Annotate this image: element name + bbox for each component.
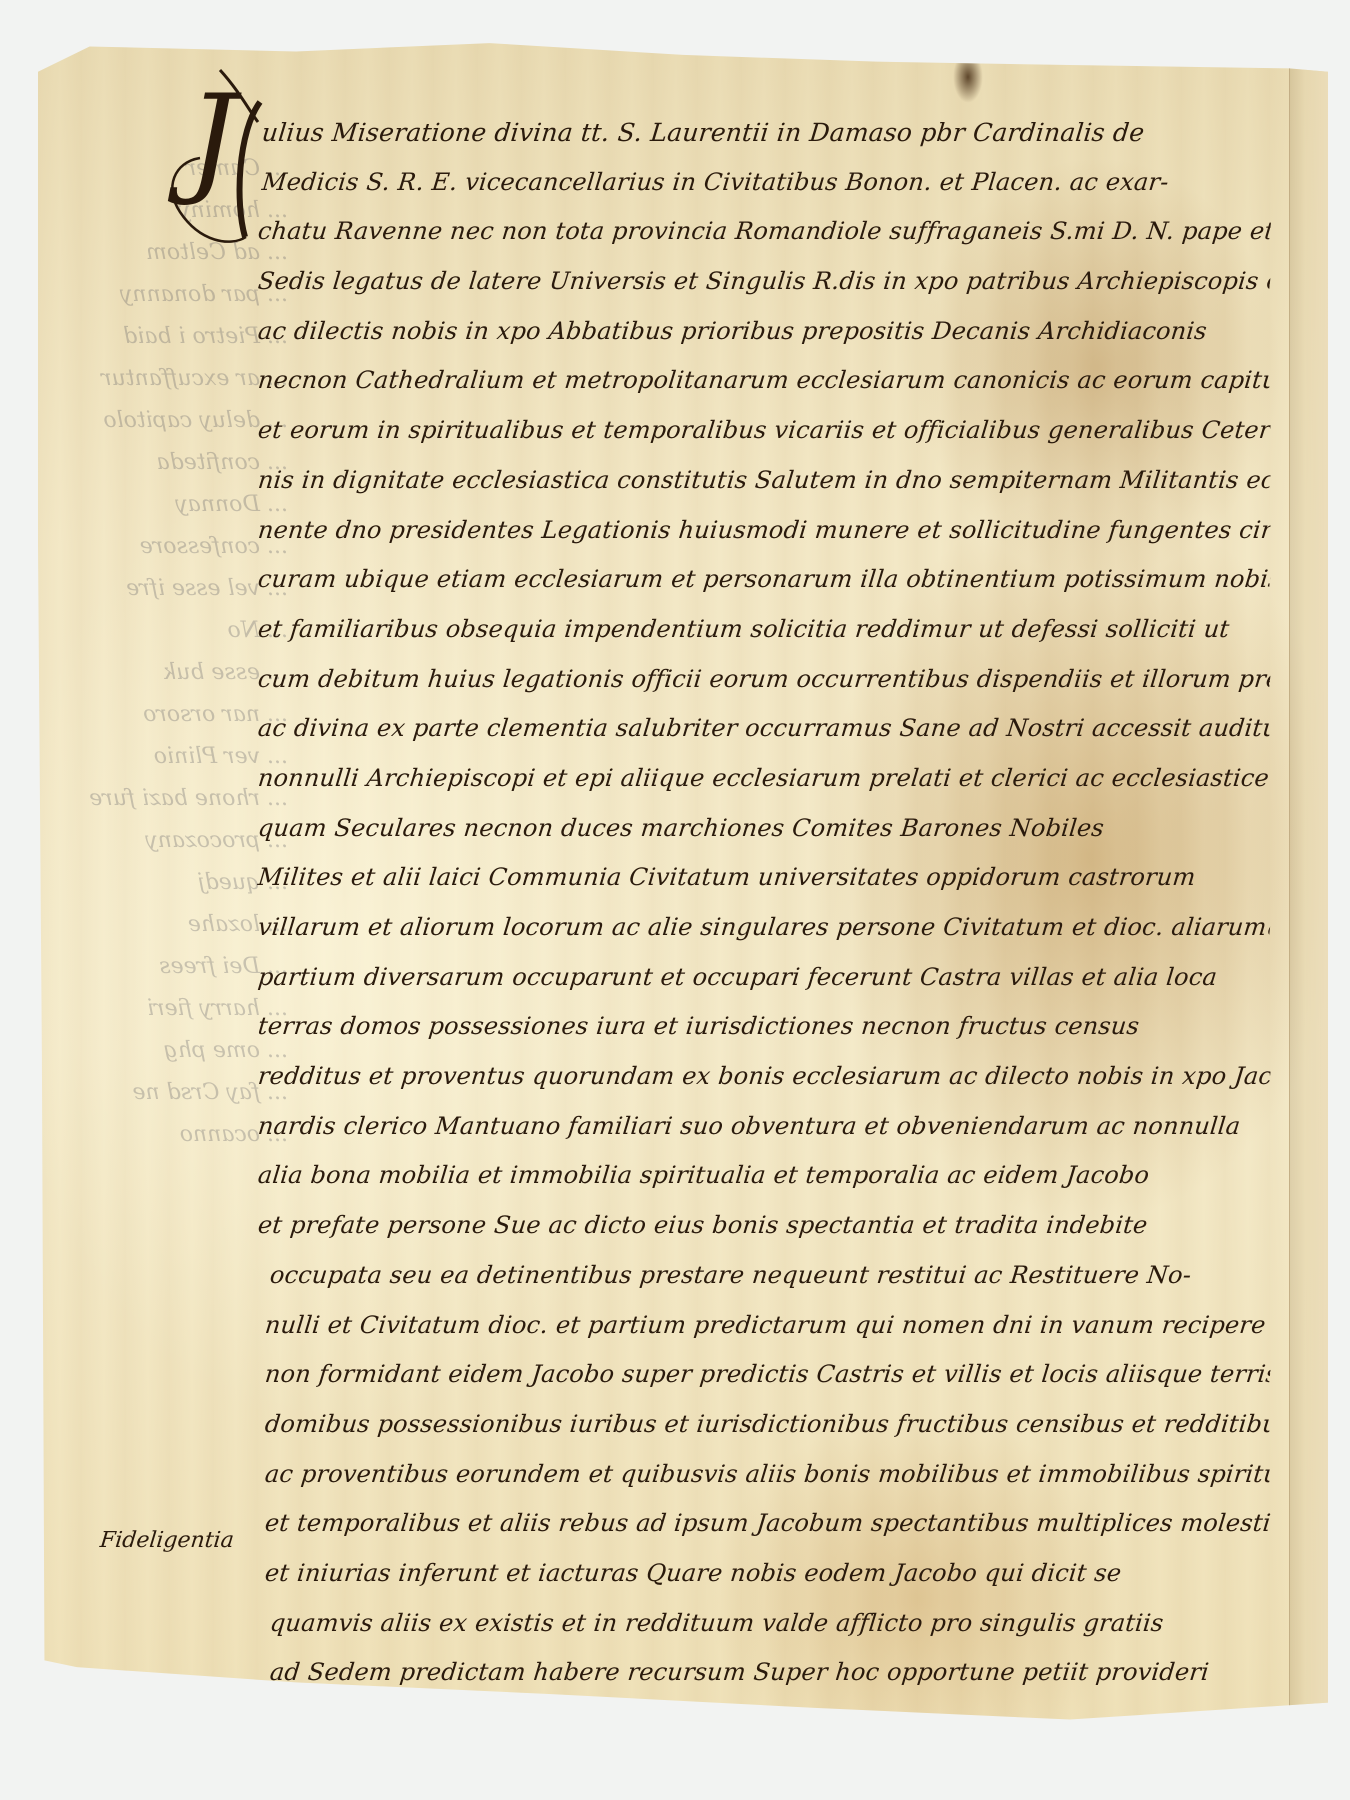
text-line: et familiaribus obsequia impendentium so… bbox=[207, 605, 1272, 655]
text-line: quamvis aliis ex existis et in reddituum… bbox=[207, 1599, 1272, 1649]
marginal-note: Fideligentia bbox=[99, 1528, 235, 1553]
letter-body: ulius Miseratione divina tt. S. Laurenti… bbox=[210, 108, 1270, 1698]
text-line: cum debitum huius legationis officii eor… bbox=[207, 655, 1272, 705]
text-line: nis in dignitate ecclesiastica constitut… bbox=[207, 456, 1272, 506]
text-line: quam Seculares necnon duces marchiones C… bbox=[207, 804, 1272, 854]
text-line: occupata seu ea detinentibus prestare ne… bbox=[207, 1251, 1272, 1301]
text-line: nonnulli Archiepiscopi et epi aliique ec… bbox=[207, 754, 1272, 804]
text-line: alia bona mobilia et immobilia spiritual… bbox=[207, 1151, 1272, 1201]
text-line: nardis clerico Mantuano familiari suo ob… bbox=[207, 1102, 1272, 1152]
text-line: Milites et alii laici Communia Civitatum… bbox=[207, 853, 1272, 903]
page-fold-edge bbox=[1289, 38, 1328, 1728]
text-line: Sedis legatus de latere Universis et Sin… bbox=[207, 257, 1272, 307]
text-line: curam ubique etiam ecclesiarum et person… bbox=[207, 555, 1272, 605]
text-line: domibus possessionibus iuribus et iurisd… bbox=[207, 1400, 1272, 1450]
text-line: et iniurias inferunt et iacturas Quare n… bbox=[207, 1549, 1272, 1599]
text-line: nente dno presidentes Legationis huiusmo… bbox=[207, 506, 1272, 556]
text-line: ac dilectis nobis in xpo Abbatibus prior… bbox=[207, 307, 1272, 357]
text-line: necnon Cathedralium et metropolitanarum … bbox=[207, 356, 1272, 406]
text-line: ad Sedem predictam habere recursum Super… bbox=[207, 1648, 1272, 1698]
text-line: nulli et Civitatum dioc. et partium pred… bbox=[207, 1301, 1272, 1351]
text-line: partium diversarum occuparunt et occupar… bbox=[207, 953, 1272, 1003]
text-line: Medicis S. R. E. vicecancellarius in Civ… bbox=[207, 158, 1272, 208]
text-line: et eorum in spiritualibus et temporalibu… bbox=[207, 406, 1272, 456]
text-line: terras domos possessiones iura et iurisd… bbox=[207, 1002, 1272, 1052]
text-line: chatu Ravenne nec non tota provincia Rom… bbox=[207, 207, 1272, 257]
text-line: ac proventibus eorundem et quibusvis ali… bbox=[207, 1450, 1272, 1500]
text-line: et temporalibus et aliis rebus ad ipsum … bbox=[207, 1499, 1272, 1549]
text-line: redditus et proventus quorundam ex bonis… bbox=[207, 1052, 1272, 1102]
text-line: et prefate persone Sue ac dicto eius bon… bbox=[207, 1201, 1272, 1251]
text-line: villarum et aliorum locorum ac alie sing… bbox=[207, 903, 1272, 953]
text-line: non formidant eidem Jacobo super predict… bbox=[207, 1350, 1272, 1400]
ink-stain bbox=[953, 51, 983, 103]
text-line: ulius Miseratione divina tt. S. Laurenti… bbox=[207, 108, 1272, 158]
text-line: ac divina ex parte clementia salubriter … bbox=[207, 704, 1272, 754]
